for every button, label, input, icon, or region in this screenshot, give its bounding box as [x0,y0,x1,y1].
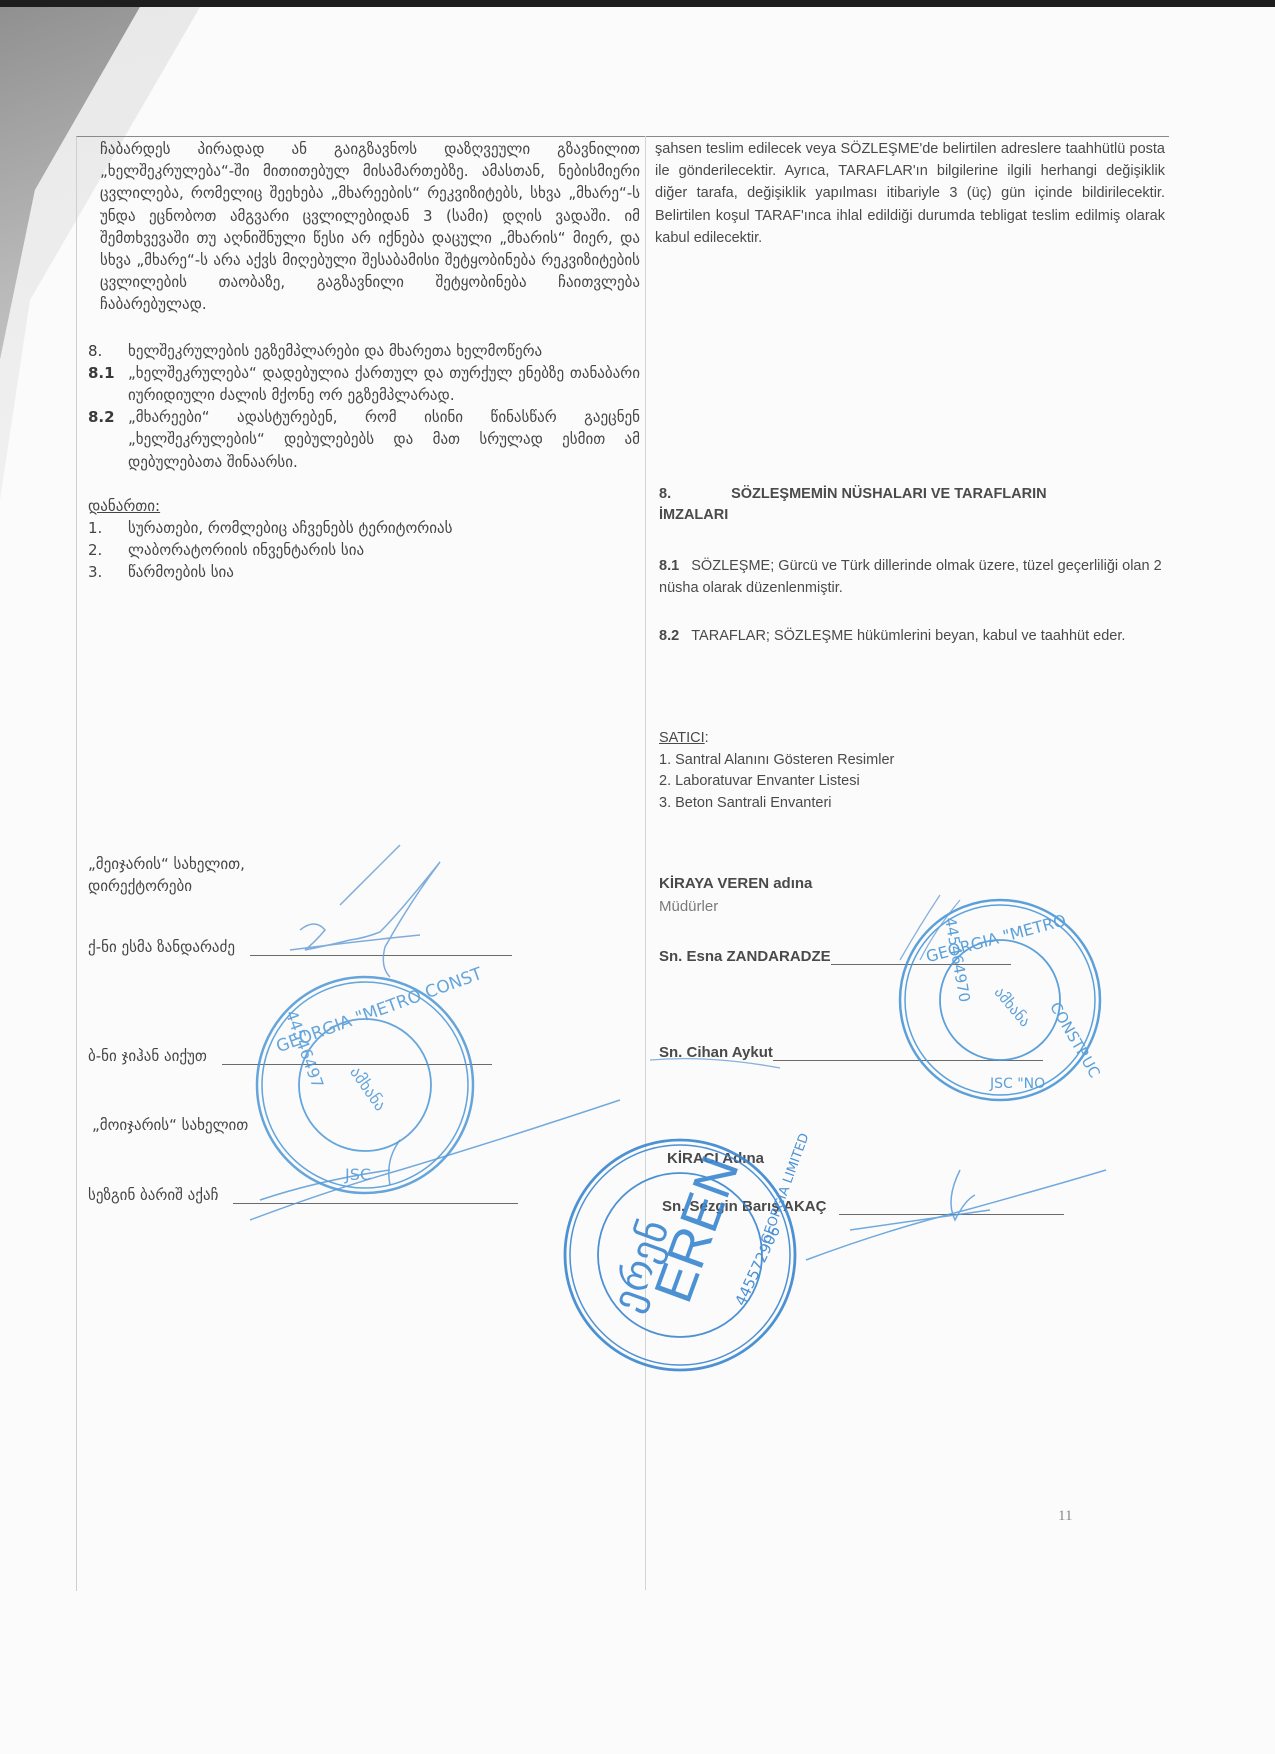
company-stamp-metro-icon: GEORGIA "METRO CONSTRUC ამხანა 445464970… [900,900,1104,1100]
svg-text:JSC: JSC [344,1165,371,1184]
svg-text:CONSTRUC: CONSTRUC [1046,999,1104,1081]
handwritten-signature-icon [650,895,960,1068]
stamps-and-signatures-layer: GEORGIA "METRO CONST ამხანა 44546497 JSC… [0,0,1275,1754]
svg-text:GEORGIA LIMITED: GEORGIA LIMITED [759,1131,813,1246]
svg-text:ამხანა: ამხანა [991,983,1035,1030]
handwritten-signature-icon [290,845,440,977]
handwritten-signature-icon [806,1170,1106,1260]
company-stamp-eren-icon: EREN ერენ 445572906 GEORGIA LIMITED [565,1131,813,1370]
company-stamp-metro-icon: GEORGIA "METRO CONST ამხანა 44546497 JSC [257,964,486,1193]
handwritten-signature-icon [250,1100,620,1220]
svg-text:JSC "NO: JSC "NO [989,1076,1045,1092]
svg-text:ამხანა: ამხანა [346,1063,390,1114]
